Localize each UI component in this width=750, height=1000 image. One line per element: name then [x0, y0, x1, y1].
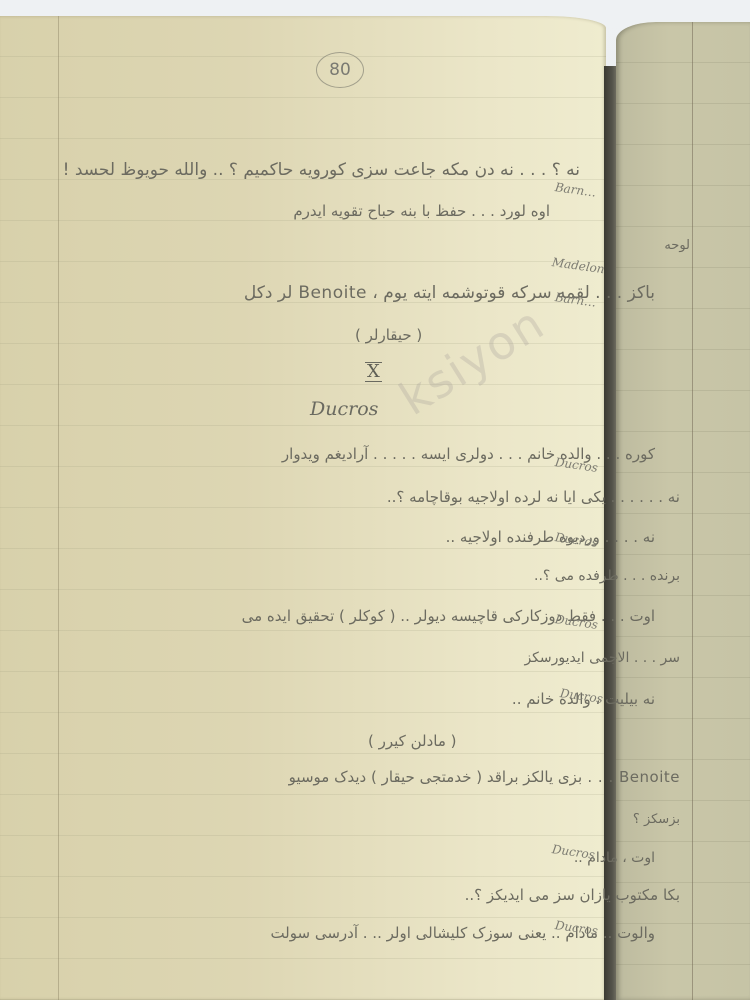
manuscript-line: نه . . . . . . یکی ایا نه لرده اولاجیه ب… [387, 488, 680, 506]
margin-line [692, 22, 693, 1000]
manuscript-line: برنده . . . طرفده می ؟.. [534, 568, 680, 584]
manuscript-line: لوحه [664, 238, 690, 253]
page-number: 80 [316, 52, 364, 88]
manuscript-line: نه . . . . وردیوه طرفنده اولاجیه .. [446, 528, 655, 546]
scene-heading: Ducros [310, 398, 378, 420]
manuscript-line: Benoite . . . بزی یالکز براقد ( خدمتجی ح… [289, 768, 680, 786]
manuscript-line: نه ؟ . . . نه دن مکه جاعت سزی کورویه حاک… [63, 160, 580, 180]
margin-line [58, 16, 59, 1000]
stage-direction: ( حیقارلر ) [355, 326, 422, 344]
scene-number: X [365, 362, 382, 382]
manuscript-line: بکا مکتوب یازان سز می ایدیکز ؟.. [465, 886, 680, 904]
manuscript-line: اوه لورد . . . حفظ با بنه حباح تقویه اید… [293, 202, 550, 220]
manuscript-line: کوره . . . والده خانم . . . دولری ایسه .… [282, 445, 655, 463]
manuscript-line: بزسکز ؟ [633, 812, 680, 827]
stage-direction: ( مادلن کیرر ) [368, 732, 456, 750]
manuscript-line: سر . . . الاجمی ایدیورسکز [524, 650, 680, 666]
